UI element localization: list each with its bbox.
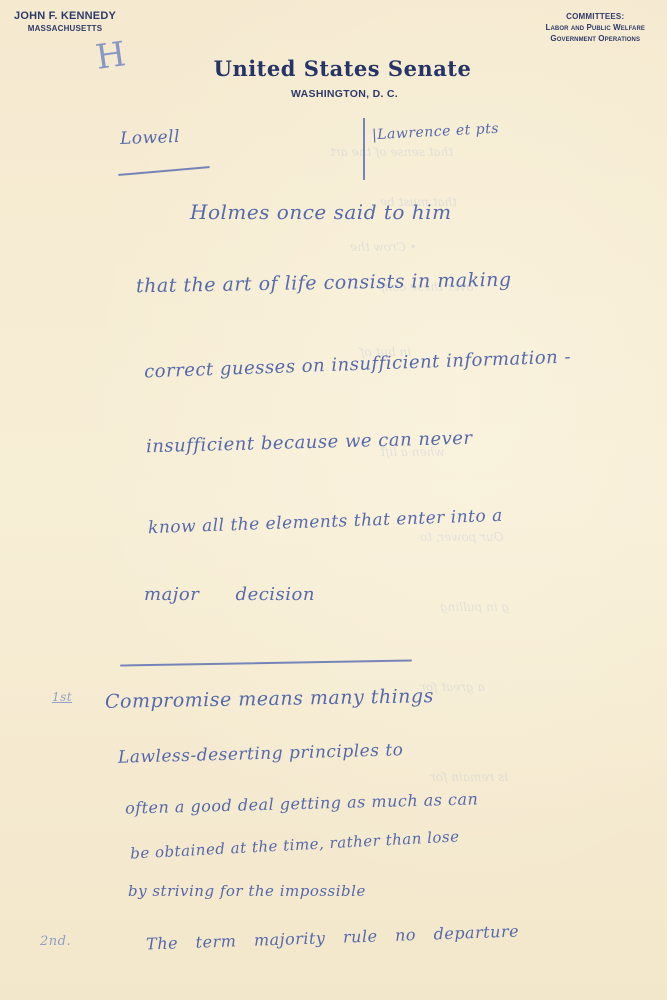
point-marker: 1st	[52, 690, 72, 704]
handwritten-line: by striving for the impossible	[128, 882, 366, 900]
sender-name: JOHN F. KENNEDY	[14, 10, 116, 22]
point-marker: 2nd.	[40, 934, 71, 949]
handwritten-line: correct guesses on insufficient informat…	[144, 347, 572, 383]
handwritten-line: often a good deal getting as much as can	[125, 789, 479, 817]
handwritten-line: The term majority rule no departure	[146, 921, 520, 953]
section-divider	[120, 659, 412, 666]
committee-item: Labor and Public Welfare	[545, 23, 645, 32]
heading-left: Lowell	[120, 127, 181, 149]
bleed-through-text: • Crow the	[350, 240, 417, 254]
handwritten-line: be obtained at the time, rather than los…	[130, 827, 460, 862]
committees-label: COMMITTEES:	[545, 12, 645, 21]
heading-underline	[118, 166, 210, 176]
handwritten-line: Lawless-deserting principles to	[118, 740, 404, 767]
margin-mark: H	[93, 34, 128, 78]
sender-state: MASSACHUSETTS	[14, 24, 116, 33]
bleed-through-text: that sense of the art	[330, 145, 453, 159]
bleed-through-text: g in pulling	[440, 600, 509, 614]
bleed-through-text: Our power, to	[420, 530, 504, 544]
bleed-through-text: is remain for	[430, 770, 508, 784]
letterhead-city: WASHINGTON, D. C.	[0, 88, 667, 100]
handwritten-line: Holmes once said to him	[190, 200, 452, 224]
letterhead-sender: JOHN F. KENNEDY MASSACHUSETTS	[14, 10, 116, 33]
letter-page: that sense of the art that must be • Cro…	[0, 0, 667, 1000]
letterhead-committees: COMMITTEES: Labor and Public Welfare Gov…	[545, 12, 645, 43]
handwritten-line: Compromise means many things	[105, 685, 434, 713]
heading-right: |Lawrence et pts	[372, 121, 500, 144]
committee-item: Government Operations	[545, 34, 645, 43]
handwritten-line: major decision	[144, 584, 315, 605]
heading-divider	[363, 118, 365, 180]
